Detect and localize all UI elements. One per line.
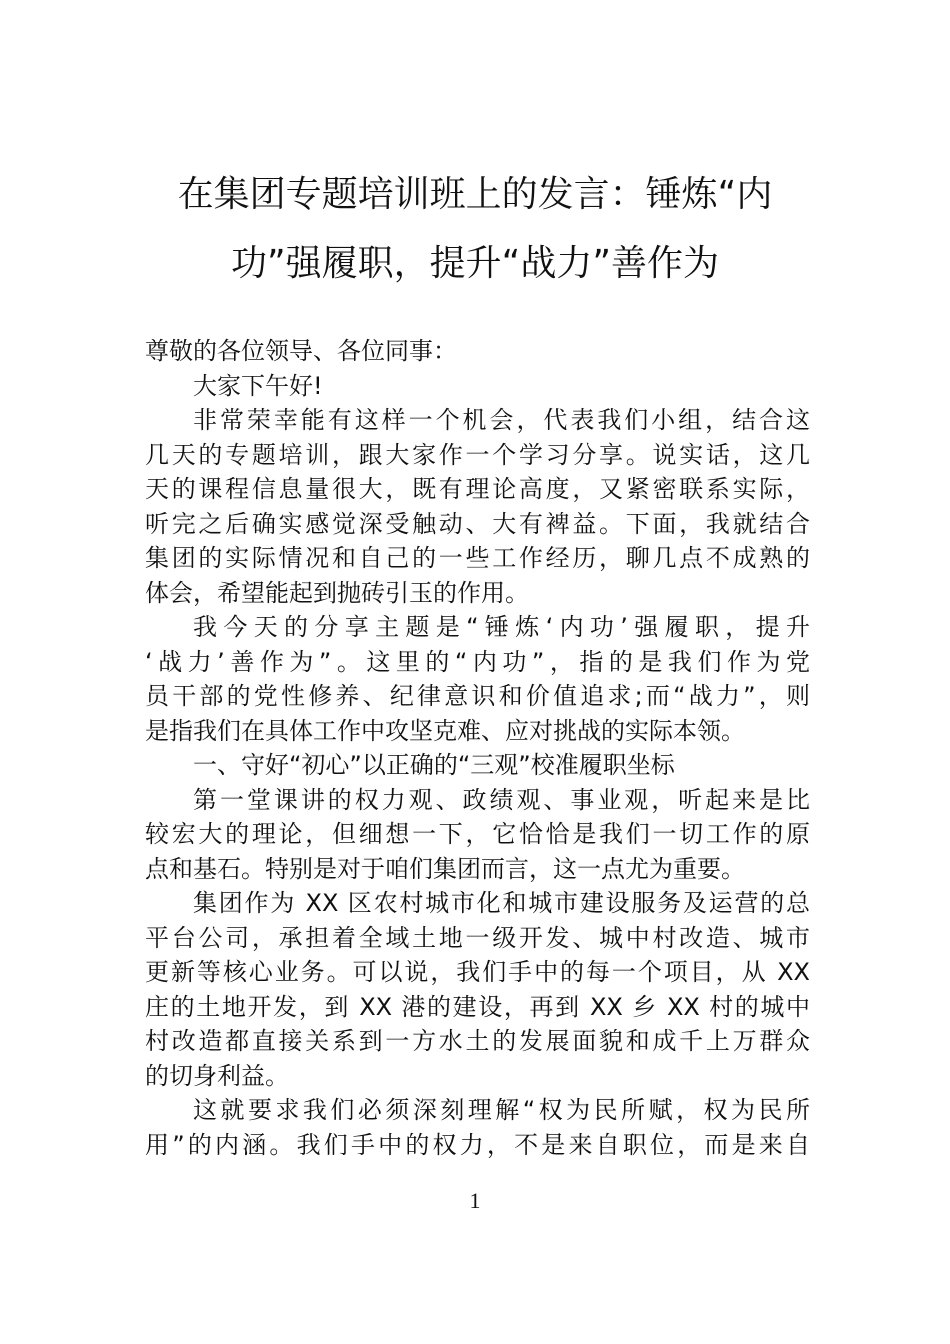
body-line: 集团的实际情况和自己的一些工作经历，聊几点不成熟的 (145, 541, 810, 576)
body-line: 更新等核心业务。可以说，我们手中的每一个项目，从 XX (145, 955, 810, 990)
body-line: ‘战力’善作为”。这里的“内功”，指的是我们作为党 (145, 645, 810, 680)
body-line: 天的课程信息量很大，既有理论高度，又紧密联系实际， (145, 472, 810, 507)
body-line: 这就要求我们必须深刻理解“权为民所赋，权为民所 (145, 1093, 810, 1128)
body-line: 大家下午好! (145, 369, 810, 404)
body-line: 员干部的党性修养、纪律意识和价值追求;而“战力”，则 (145, 679, 810, 714)
body-line: 庄的土地开发，到 XX 港的建设，再到 XX 乡 XX 村的城中 (145, 990, 810, 1025)
body-line: 听完之后确实感觉深受触动、大有裨益。下面，我就结合 (145, 507, 810, 542)
document-title-line-1: 在集团专题培训班上的发言：锤炼“内 (0, 173, 950, 217)
body-line: 点和基石。特别是对于咱们集团而言，这一点尤为重要。 (145, 852, 810, 887)
body-line: 我今天的分享主题是“锤炼‘内功’强履职，提升 (145, 610, 810, 645)
document-body: 尊敬的各位领导、各位同事：大家下午好!非常荣幸能有这样一个机会，代表我们小组，结… (145, 334, 810, 1162)
body-line: 一、守好“初心”以正确的“三观”校准履职坐标 (145, 748, 810, 783)
body-line: 平台公司，承担着全域土地一级开发、城中村改造、城市 (145, 921, 810, 956)
body-line: 用”的内涵。我们手中的权力，不是来自职位，而是来自 (145, 1128, 810, 1163)
document-page: 在集团专题培训班上的发言：锤炼“内 功”强履职，提升“战力”善作为 尊敬的各位领… (0, 0, 950, 1344)
body-line: 的切身利益。 (145, 1059, 810, 1094)
body-line: 第一堂课讲的权力观、政绩观、事业观，听起来是比 (145, 783, 810, 818)
body-line: 体会，希望能起到抛砖引玉的作用。 (145, 576, 810, 611)
body-line: 集团作为 XX 区农村城市化和城市建设服务及运营的总 (145, 886, 810, 921)
body-line: 是指我们在具体工作中攻坚克难、应对挑战的实际本领。 (145, 714, 810, 749)
body-line: 非常荣幸能有这样一个机会，代表我们小组，结合这 (145, 403, 810, 438)
page-number: 1 (0, 1186, 950, 1216)
body-line: 村改造都直接关系到一方水土的发展面貌和成千上万群众 (145, 1024, 810, 1059)
body-line: 尊敬的各位领导、各位同事： (145, 334, 810, 369)
body-line: 较宏大的理论，但细想一下，它恰恰是我们一切工作的原 (145, 817, 810, 852)
document-title-line-2: 功”强履职，提升“战力”善作为 (0, 242, 950, 286)
body-line: 几天的专题培训，跟大家作一个学习分享。说实话，这几 (145, 438, 810, 473)
